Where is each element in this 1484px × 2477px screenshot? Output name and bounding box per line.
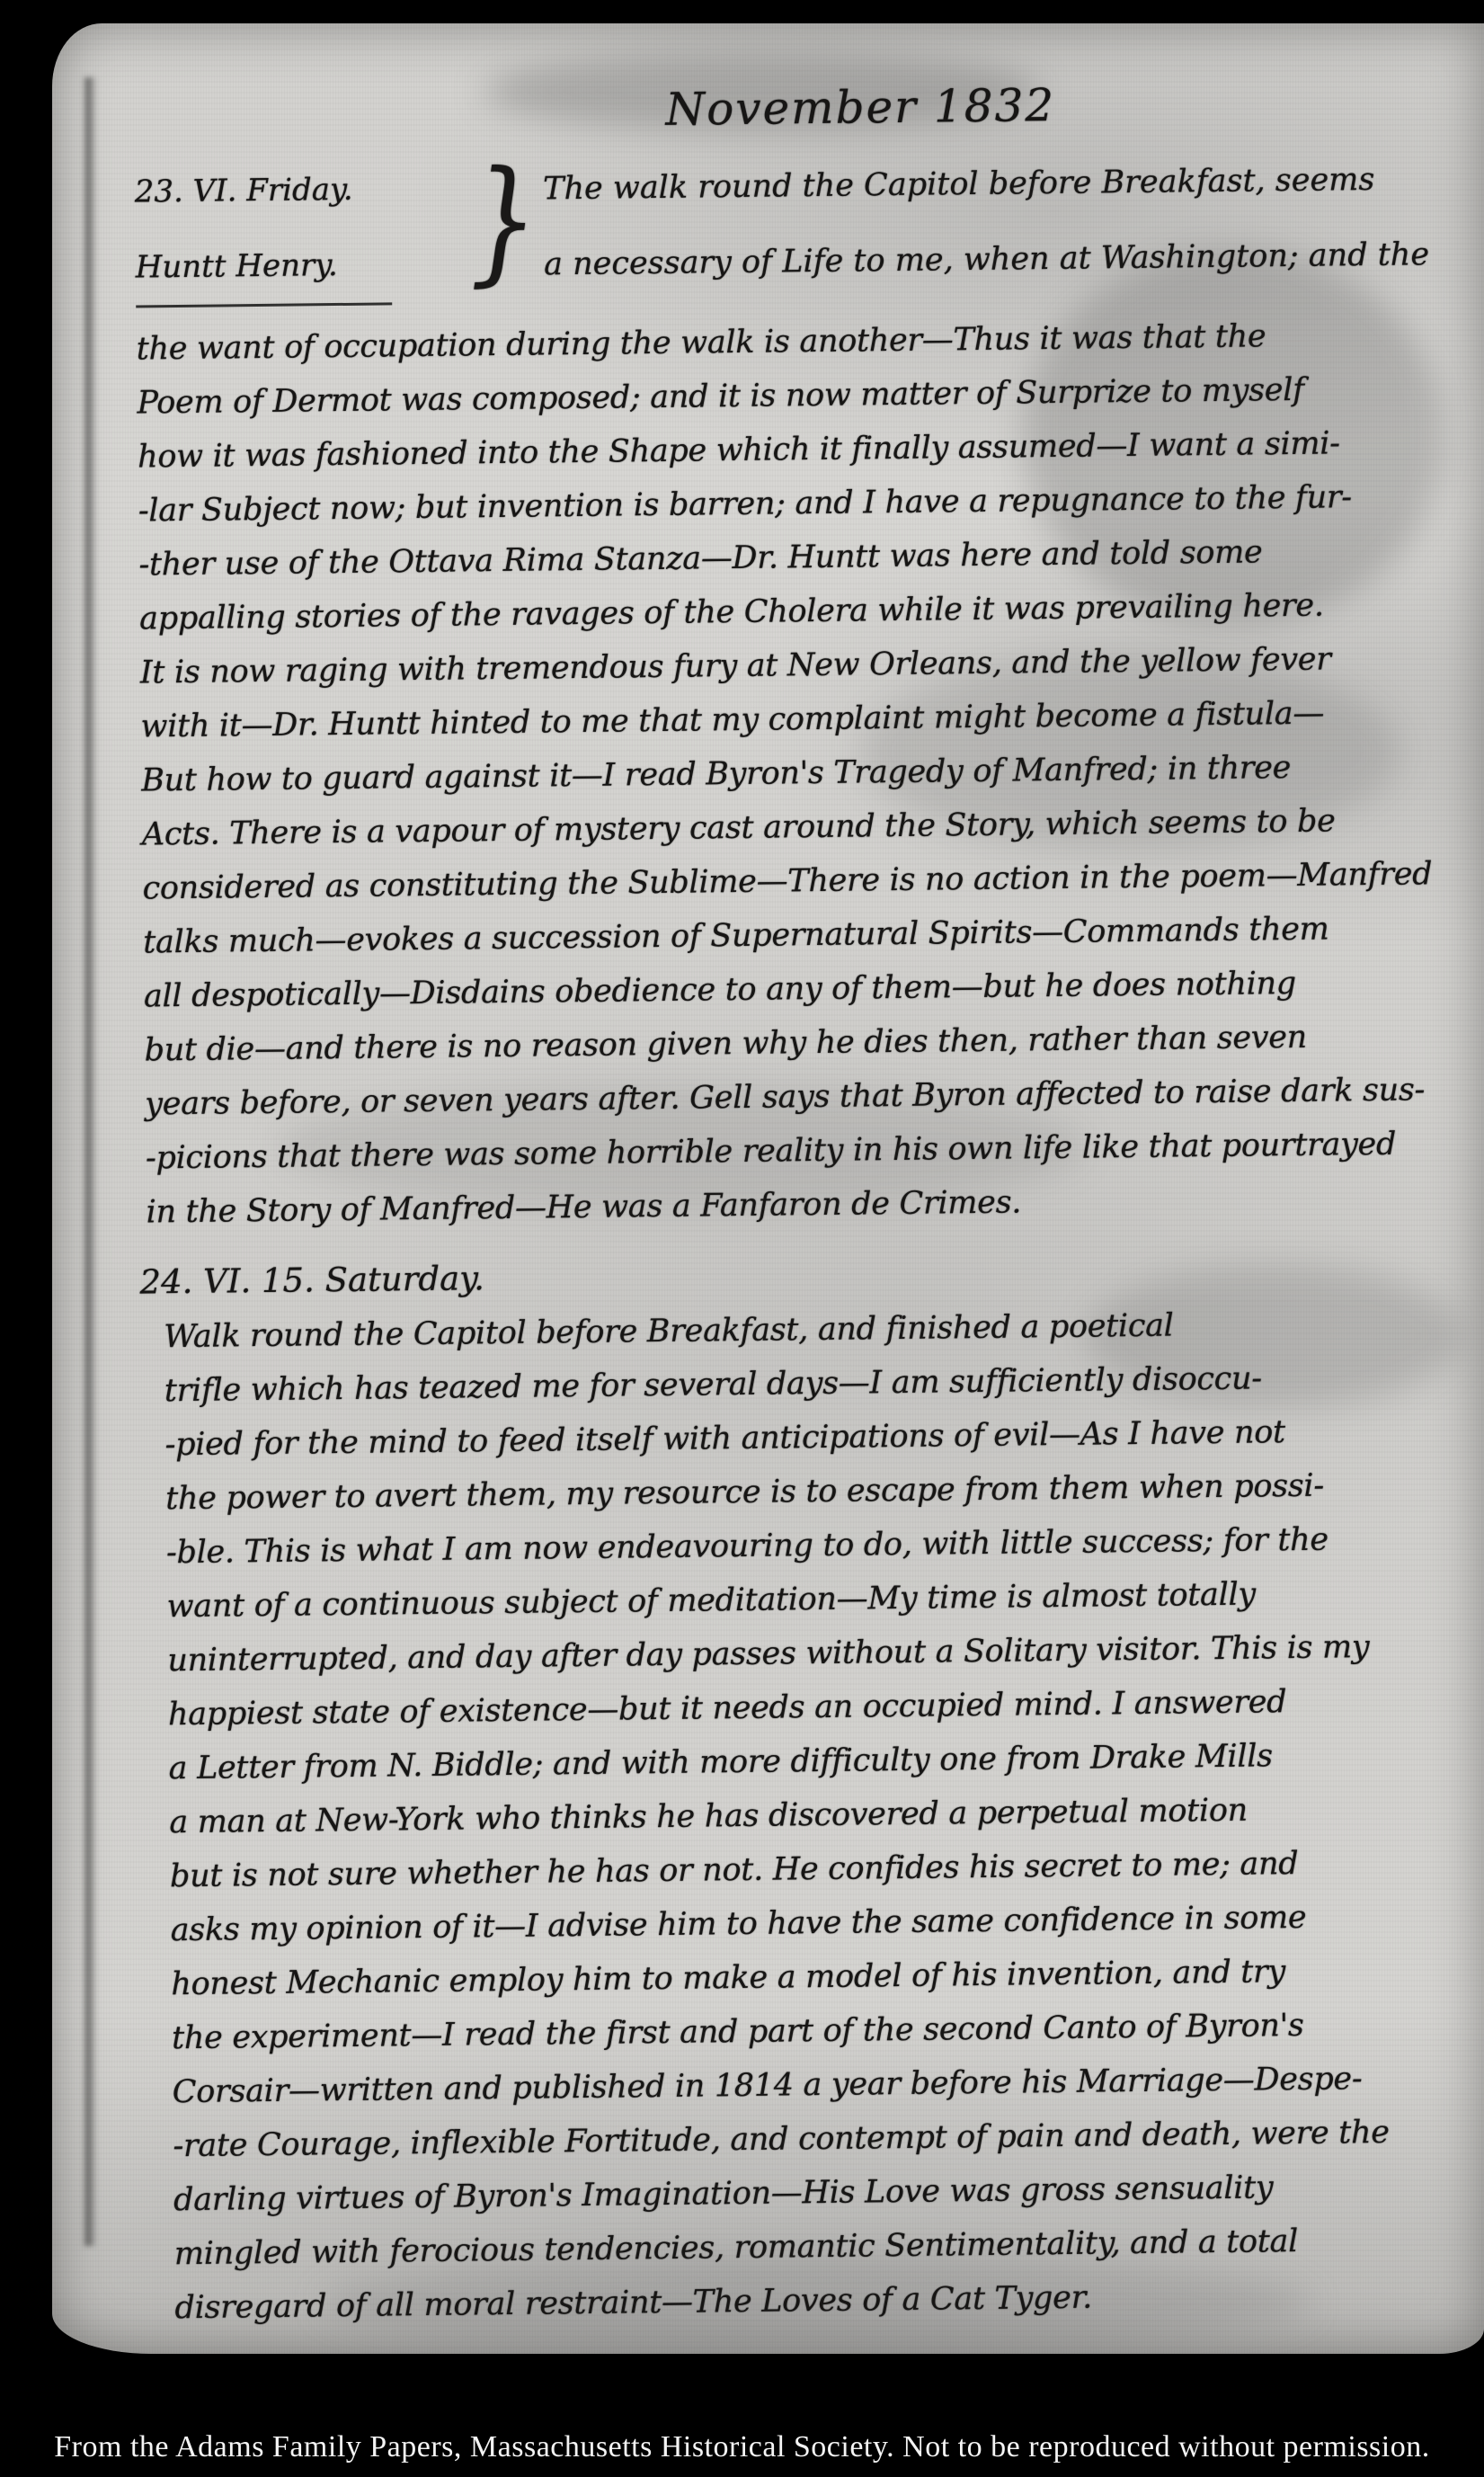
entry-brace: } xyxy=(468,131,539,312)
manuscript-line: a necessary of Life to me, when at Washi… xyxy=(544,217,1430,302)
manuscript-page: November 1832 23. VI. Friday. Huntt Henr… xyxy=(52,23,1484,2354)
entry-body: the want of occupation during the walk i… xyxy=(136,307,1480,1240)
entry-body: Walk round the Capitol before Breakfast,… xyxy=(164,1296,1484,2336)
entry-marginalia: 23. VI. Friday. Huntt Henry. xyxy=(134,150,470,307)
entry-heading: 24. VI. 15. Saturday. xyxy=(139,1248,1481,1302)
entry-person-label: Huntt Henry. xyxy=(135,227,392,307)
manuscript-content: November 1832 23. VI. Friday. Huntt Henr… xyxy=(99,35,1484,2336)
diary-entry-23-november: 23. VI. Friday. Huntt Henry. } The walk … xyxy=(100,139,1481,1240)
diary-entry-24-november: 24. VI. 15. Saturday. Walk round the Cap… xyxy=(112,1248,1484,2336)
archive-caption-bar: From the Adams Family Papers, Massachuse… xyxy=(0,2430,1484,2464)
archive-caption: From the Adams Family Papers, Massachuse… xyxy=(54,2430,1429,2464)
binding-gutter-shadow xyxy=(83,77,97,2246)
scanner-background: November 1832 23. VI. Friday. Huntt Henr… xyxy=(0,0,1484,2477)
month-header: November 1832 xyxy=(99,75,1469,142)
entry-opening-lines: The walk round the Capitol before Breakf… xyxy=(543,139,1430,302)
entry-date-label: 23. VI. Friday. xyxy=(134,150,469,229)
manuscript-line: The walk round the Capitol before Breakf… xyxy=(543,141,1429,227)
